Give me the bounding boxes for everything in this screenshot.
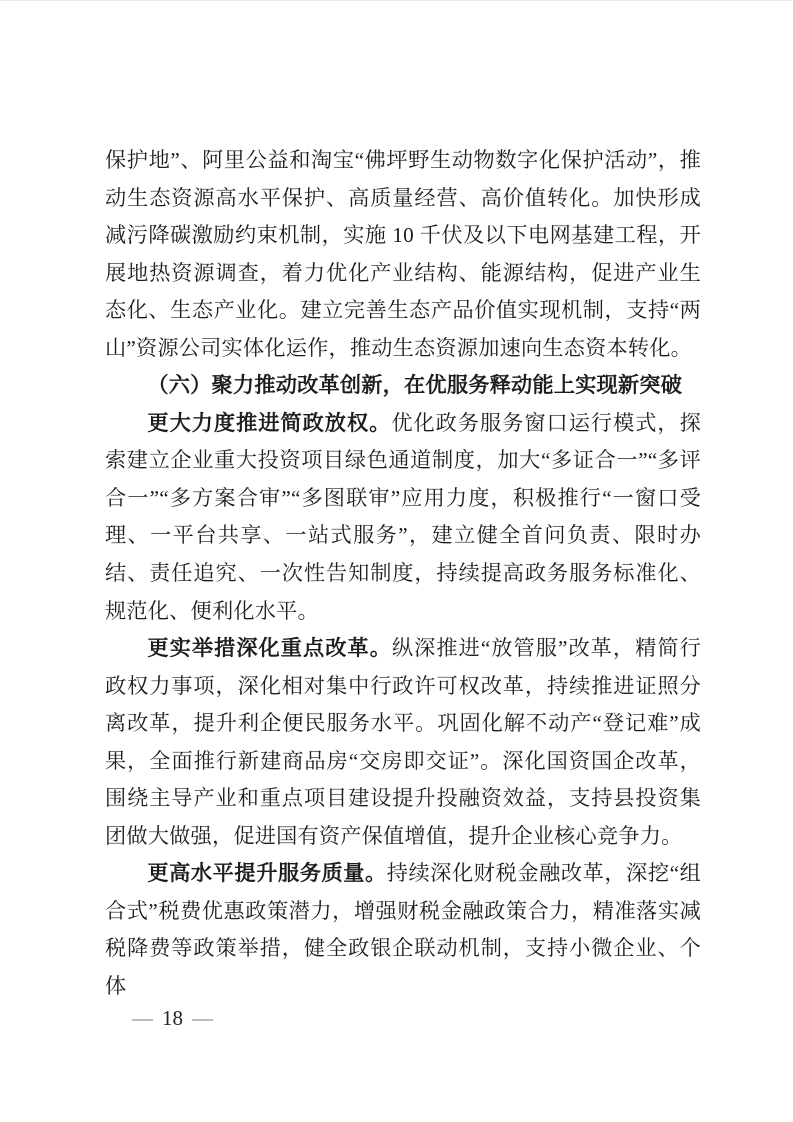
footer-left-dash: —: [132, 1004, 153, 1032]
paragraph: 更实举措深化重点改革。纵深推进“放管服”改革，精简行政权力事项，深化相对集中行政…: [105, 630, 701, 855]
paragraph: 更大力度推进简政放权。优化政务服务窗口运行模式，探索建立企业重大投资项目绿色通道…: [105, 405, 701, 630]
page-number: 18: [162, 1004, 183, 1032]
paragraph: 更高水平提升服务质量。持续深化财税金融改革，深挖“组合式”税费优惠政策潜力，增强…: [105, 855, 701, 1005]
paragraph-lead: 更大力度推进简政放权。: [147, 411, 391, 435]
document-page: 保护地”、阿里公益和淘宝“佛坪野生动物数字化保护活动”，推动生态资源高水平保护、…: [0, 0, 793, 1122]
paragraph-text: 保护地”、阿里公益和淘宝“佛坪野生动物数字化保护活动”，推动生态资源高水平保护、…: [105, 148, 701, 360]
paragraph-text: 优化政务服务窗口运行模式，探索建立企业重大投资项目绿色通道制度，加大“多证合一”…: [105, 411, 701, 623]
paragraph-lead: 更高水平提升服务质量。: [147, 861, 386, 885]
paragraph-text: 纵深推进“放管服”改革，精简行政权力事项，深化相对集中行政许可权改革，持续推进证…: [105, 636, 701, 848]
section-heading: （六）聚力推动改革创新，在优服务释动能上实现新突破: [105, 367, 701, 405]
paragraph-lead: 更实举措深化重点改革。: [147, 636, 392, 660]
paragraph-continuation: 保护地”、阿里公益和淘宝“佛坪野生动物数字化保护活动”，推动生态资源高水平保护、…: [105, 142, 701, 367]
footer-right-dash: —: [192, 1004, 213, 1032]
section-heading-text: （六）聚力推动改革创新，在优服务释动能上实现新突破: [147, 373, 682, 397]
page-footer: — 18 —: [132, 1004, 213, 1032]
text-block: 保护地”、阿里公益和淘宝“佛坪野生动物数字化保护活动”，推动生态资源高水平保护、…: [105, 142, 701, 1006]
